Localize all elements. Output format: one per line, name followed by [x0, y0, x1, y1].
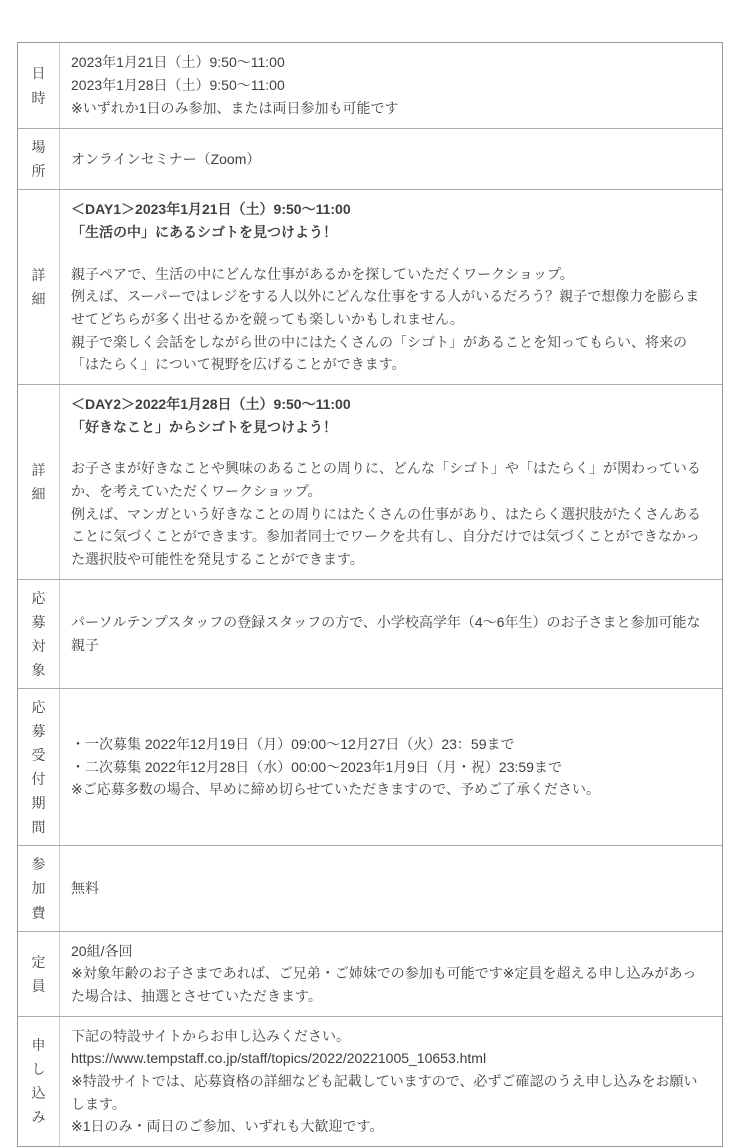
- application-intro: 下記の特設サイトからお申し込みください。: [71, 1025, 708, 1048]
- datetime-line: 2023年1月21日（土）9:50～11:00: [71, 51, 708, 74]
- row-label-text: 申し込み: [32, 1033, 46, 1129]
- day2-paragraph: お子さまが好きなことや興味のあることの周りに、どんな「シゴト」や「はたらく」が関…: [71, 457, 708, 502]
- datetime-line: 2023年1月28日（土）9:50～11:00: [71, 74, 708, 97]
- capacity-note: ※対象年齢のお子さまであれば、ご兄弟・ご姉妹での参加も可能です※定員を超える申し…: [71, 962, 708, 1007]
- day2-header: ＜DAY2＞2022年1月28日（土）9:50～11:00 「好きなこと」からシ…: [71, 393, 708, 438]
- detail-day1-content: ＜DAY1＞2023年1月21日（土）9:50～11:00 「生活の中」にあるシ…: [60, 190, 722, 384]
- place-line: オンラインセミナー（Zoom）: [71, 148, 708, 171]
- table-row-application: 申し込み 下記の特設サイトからお申し込みください。 https://www.te…: [18, 1016, 722, 1146]
- row-label-text: 詳細: [32, 458, 46, 506]
- eligibility-line: パーソルテンプスタッフの登録スタッフの方で、小学校高学年（4～6年生）のお子さま…: [71, 611, 708, 656]
- eligibility-content: パーソルテンプスタッフの登録スタッフの方で、小学校高学年（4～6年生）のお子さま…: [60, 580, 722, 688]
- fee-content: 無料: [60, 846, 722, 930]
- row-label-eligibility: 応募対象: [18, 580, 60, 688]
- row-label-place: 場所: [18, 129, 60, 189]
- row-label-text: 詳細: [32, 263, 46, 311]
- day1-title: ＜DAY1＞2023年1月21日（土）9:50～11:00: [71, 198, 708, 221]
- row-label-application-period: 応募受付期間: [18, 689, 60, 845]
- capacity-line: 20組/各回: [71, 940, 708, 963]
- event-info-table: 日時 2023年1月21日（土）9:50～11:00 2023年1月28日（土）…: [17, 42, 723, 1147]
- row-label-capacity: 定員: [18, 932, 60, 1016]
- row-label-text: 場所: [32, 135, 46, 183]
- second-recruitment-line: ・二次募集 2022年12月28日（水）00:00～2023年1月9日（月・祝）…: [71, 756, 708, 779]
- table-row-capacity: 定員 20組/各回 ※対象年齢のお子さまであれば、ご兄弟・ご姉妹での参加も可能で…: [18, 931, 722, 1016]
- datetime-content: 2023年1月21日（土）9:50～11:00 2023年1月28日（土）9:5…: [60, 43, 722, 128]
- table-row-place: 場所 オンラインセミナー（Zoom）: [18, 128, 722, 189]
- row-label-text: 参加費: [32, 852, 46, 924]
- day1-header: ＜DAY1＞2023年1月21日（土）9:50～11:00 「生活の中」にあるシ…: [71, 198, 708, 243]
- application-note: ※1日のみ・両日のご参加、いずれも大歓迎です。: [71, 1115, 708, 1138]
- day2-title: ＜DAY2＞2022年1月28日（土）9:50～11:00: [71, 393, 708, 416]
- application-url[interactable]: https://www.tempstaff.co.jp/staff/topics…: [71, 1047, 708, 1070]
- row-label-application: 申し込み: [18, 1017, 60, 1146]
- application-period-content: ・一次募集 2022年12月19日（月）09:00～12月27日（火）23：59…: [60, 689, 722, 845]
- table-row-datetime: 日時 2023年1月21日（土）9:50～11:00 2023年1月28日（土）…: [18, 43, 722, 128]
- application-period-note: ※ご応募多数の場合、早めに締め切らせていただきますので、予めご了承ください。: [71, 778, 708, 801]
- first-recruitment-line: ・一次募集 2022年12月19日（月）09:00～12月27日（火）23：59…: [71, 733, 708, 756]
- table-row-detail-day2: 詳細 ＜DAY2＞2022年1月28日（土）9:50～11:00 「好きなこと」…: [18, 384, 722, 579]
- day2-paragraph: 例えば、マンガという好きなことの周りにはたくさんの仕事があり、はたらく選択肢がた…: [71, 503, 708, 571]
- application-content: 下記の特設サイトからお申し込みください。 https://www.tempsta…: [60, 1017, 722, 1146]
- row-label-detail-day1: 詳細: [18, 190, 60, 384]
- day1-paragraph: 例えば、スーパーではレジをする人以外にどんな仕事をする人がいるだろう？親子で想像…: [71, 285, 708, 330]
- place-content: オンラインセミナー（Zoom）: [60, 129, 722, 189]
- table-row-eligibility: 応募対象 パーソルテンプスタッフの登録スタッフの方で、小学校高学年（4～6年生）…: [18, 579, 722, 688]
- table-row-fee: 参加費 無料: [18, 845, 722, 930]
- row-label-detail-day2: 詳細: [18, 385, 60, 579]
- day2-subtitle: 「好きなこと」からシゴトを見つけよう！: [71, 416, 708, 439]
- fee-line: 無料: [71, 877, 708, 900]
- row-label-fee: 参加費: [18, 846, 60, 930]
- row-label-text: 応募対象: [32, 586, 46, 682]
- datetime-note: ※いずれか1日のみ参加、または両日参加も可能です: [71, 97, 708, 120]
- table-row-detail-day1: 詳細 ＜DAY1＞2023年1月21日（土）9:50～11:00 「生活の中」に…: [18, 189, 722, 384]
- detail-day2-content: ＜DAY2＞2022年1月28日（土）9:50～11:00 「好きなこと」からシ…: [60, 385, 722, 579]
- day1-paragraph: 親子で楽しく会話をしながら世の中にはたくさんの「シゴト」があることを知ってもらい…: [71, 331, 708, 376]
- row-label-text: 日時: [32, 61, 46, 109]
- capacity-content: 20組/各回 ※対象年齢のお子さまであれば、ご兄弟・ご姉妹での参加も可能です※定…: [60, 932, 722, 1016]
- day1-subtitle: 「生活の中」にあるシゴトを見つけよう！: [71, 221, 708, 244]
- row-label-datetime: 日時: [18, 43, 60, 128]
- row-label-text: 応募受付期間: [32, 695, 46, 839]
- application-note: ※特設サイトでは、応募資格の詳細なども記載していますので、必ずご確認のうえ申し込…: [71, 1070, 708, 1115]
- row-label-text: 定員: [32, 950, 46, 998]
- table-row-application-period: 応募受付期間 ・一次募集 2022年12月19日（月）09:00～12月27日（…: [18, 688, 722, 845]
- day1-paragraph: 親子ペアで、生活の中にどんな仕事があるかを探していただくワークショップ。: [71, 263, 708, 286]
